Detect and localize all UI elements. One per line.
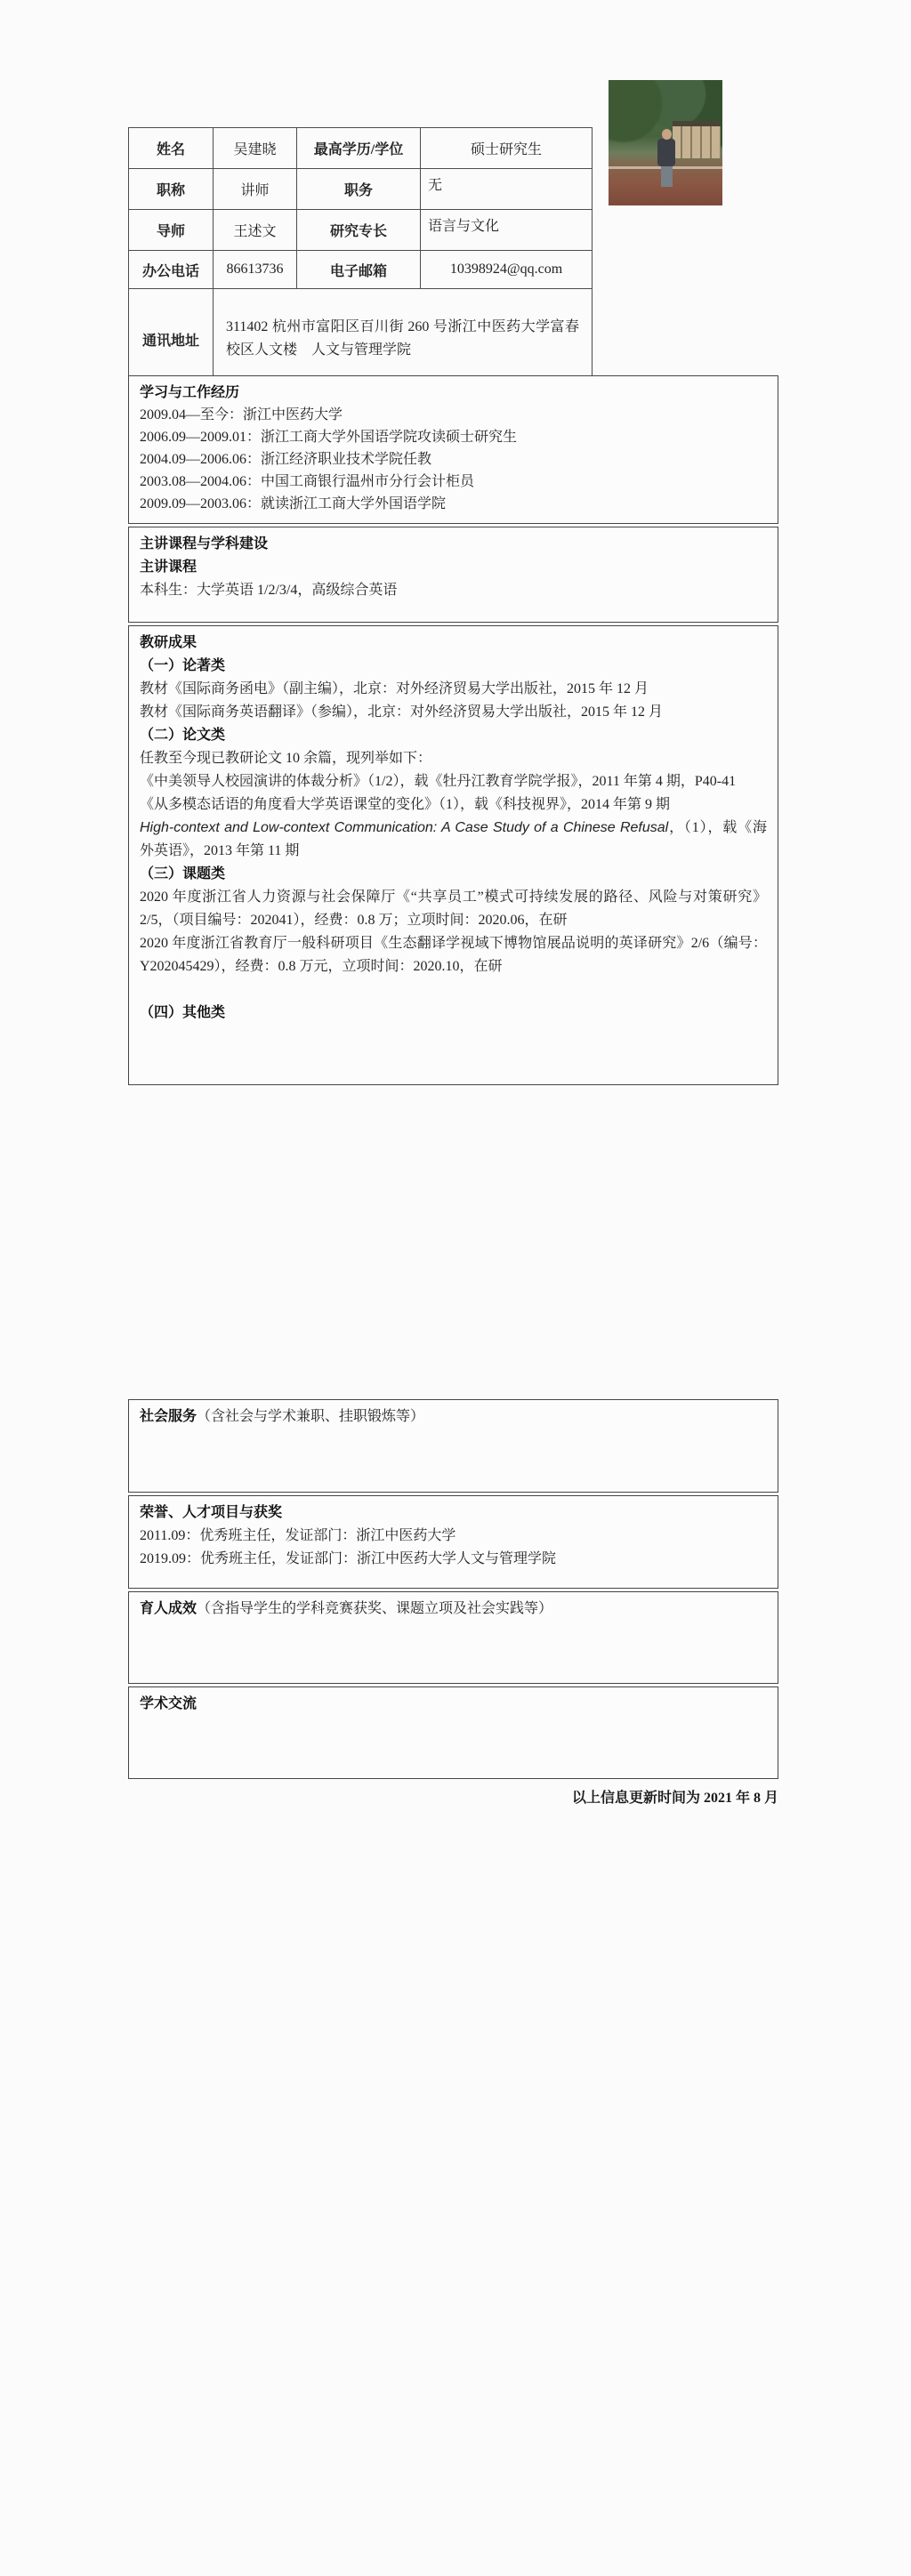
- section-title-note: （含指导学生的学科竞赛获奖、课题立项及社会实践等）: [197, 1601, 552, 1616]
- research-projects-title: （三）课题类: [140, 863, 767, 886]
- address-label: 通讯地址: [129, 289, 214, 390]
- research-papers-title: （二）论文类: [140, 724, 767, 747]
- section-title-note: （含社会与学术兼职、挂职锻炼等）: [197, 1409, 424, 1424]
- address-value: 311402 杭州市富阳区百川街 260 号浙江中医药大学富春校区人文楼 人文与…: [214, 289, 593, 390]
- research-others-title: （四）其他类: [140, 1002, 767, 1025]
- name-label: 姓名: [129, 128, 214, 169]
- research-books-title: （一）论著类: [140, 655, 767, 678]
- photo-person-head: [662, 129, 672, 140]
- table-row: 办公电话 86613736 电子邮箱 10398924@qq.com: [129, 251, 593, 289]
- research-book-line: 教材《国际商务英语翻译》（参编），北京：对外经济贸易大学出版社，2015 年 1…: [140, 701, 767, 724]
- phone-label: 办公电话: [129, 251, 214, 289]
- degree-label: 最高学历/学位: [297, 128, 421, 169]
- profile-photo: [609, 80, 722, 205]
- research-paper-line: 《中美领导人校园演讲的体裁分析》（1/2），载《牡丹江教育学院学报》，2011 …: [140, 770, 767, 793]
- phone-value: 86613736: [214, 251, 297, 289]
- section-title: 教研成果: [140, 632, 767, 655]
- research-paper-line: 《从多模态话语的角度看大学英语课堂的变化》（1），载《科技视界》，2014 年第…: [140, 793, 767, 817]
- research-project-line: 2020 年度浙江省教育厅一般科研项目《生态翻译学视域下博物馆展品说明的英译研究…: [140, 932, 767, 978]
- research-book-line: 教材《国际商务函电》（副主编），北京：对外经济贸易大学出版社，2015 年 12…: [140, 678, 767, 701]
- section-academic-exchange: 学术交流: [128, 1686, 778, 1779]
- section-honors: 荣誉、人才项目与获奖 2011.09：优秀班主任，发证部门：浙江中医药大学 20…: [128, 1495, 778, 1589]
- section-courses: 主讲课程与学科建设 主讲课程 本科生：大学英语 1/2/3/4，高级综合英语: [128, 527, 778, 623]
- name-value: 吴建晓: [214, 128, 297, 169]
- research-paper-line-english: High-context and Low-context Communicati…: [140, 817, 767, 863]
- experience-line: 2009.04—至今：浙江中医药大学: [140, 404, 767, 426]
- english-paper-title: High-context and Low-context Communicati…: [140, 820, 668, 835]
- honor-line: 2019.09：优秀班主任，发证部门：浙江中医药大学人文与管理学院: [140, 1548, 767, 1571]
- section-title: 学术交流: [140, 1693, 767, 1716]
- duty-value: 无: [421, 169, 593, 210]
- section-title: 育人成效: [140, 1601, 197, 1616]
- title-value: 讲师: [214, 169, 297, 210]
- table-row: 职称 讲师 职务 无: [129, 169, 593, 210]
- photo-person-legs: [661, 165, 673, 187]
- section-title: 荣誉、人才项目与获奖: [140, 1501, 767, 1525]
- section-education-outcomes: 育人成效（含指导学生的学科竞赛获奖、课题立项及社会实践等）: [128, 1591, 778, 1684]
- experience-line: 2003.08—2004.06：中国工商银行温州市分行会计柜员: [140, 471, 767, 493]
- experience-line: 2004.09—2006.06：浙江经济职业技术学院任教: [140, 448, 767, 471]
- section-title: 社会服务: [140, 1409, 197, 1424]
- duty-label: 职务: [297, 169, 421, 210]
- experience-line: 2009.09—2003.06：就读浙江工商大学外国语学院: [140, 493, 767, 515]
- email-value: 10398924@qq.com: [421, 251, 593, 289]
- research-papers-intro: 任教至今现已教研论文 10 余篇，现列举如下：: [140, 747, 767, 770]
- research-project-line: 2020 年度浙江省人力资源与社会保障厅《“共享员工”模式可持续发展的路径、风险…: [140, 886, 767, 932]
- experience-line: 2006.09—2009.01：浙江工商大学外国语学院攻读硕士研究生: [140, 426, 767, 448]
- table-row: 导师 王述文 研究专长 语言与文化: [129, 210, 593, 251]
- specialty-label: 研究专长: [297, 210, 421, 251]
- section-research: 教研成果 （一）论著类 教材《国际商务函电》（副主编），北京：对外经济贸易大学出…: [128, 625, 778, 1085]
- courses-line: 本科生：大学英语 1/2/3/4，高级综合英语: [140, 579, 767, 602]
- photo-person-body: [657, 139, 675, 166]
- section-subtitle: 主讲课程: [140, 556, 767, 579]
- mentor-value: 王述文: [214, 210, 297, 251]
- honor-line: 2011.09：优秀班主任，发证部门：浙江中医药大学: [140, 1525, 767, 1548]
- title-label: 职称: [129, 169, 214, 210]
- section-experience: 学习与工作经历 2009.04—至今：浙江中医药大学 2006.09—2009.…: [128, 375, 778, 524]
- section-title: 主讲课程与学科建设: [140, 533, 767, 556]
- photo-building: [673, 121, 721, 158]
- section-social-service: 社会服务（含社会与学术兼职、挂职锻炼等）: [128, 1399, 778, 1493]
- mentor-label: 导师: [129, 210, 214, 251]
- update-time-note: 以上信息更新时间为 2021 年 8 月: [128, 1786, 778, 1807]
- profile-table: 姓名 吴建晓 最高学历/学位 硕士研究生 职称 讲师 职务 无 导师 王述文 研…: [128, 127, 593, 390]
- degree-value: 硕士研究生: [421, 128, 593, 169]
- email-label: 电子邮箱: [297, 251, 421, 289]
- cv-document-page: 姓名 吴建晓 最高学历/学位 硕士研究生 职称 讲师 职务 无 导师 王述文 研…: [0, 0, 911, 2576]
- specialty-value: 语言与文化: [421, 210, 593, 251]
- table-row: 姓名 吴建晓 最高学历/学位 硕士研究生: [129, 128, 593, 169]
- table-row: 通讯地址 311402 杭州市富阳区百川街 260 号浙江中医药大学富春校区人文…: [129, 289, 593, 390]
- section-title: 学习与工作经历: [140, 382, 767, 404]
